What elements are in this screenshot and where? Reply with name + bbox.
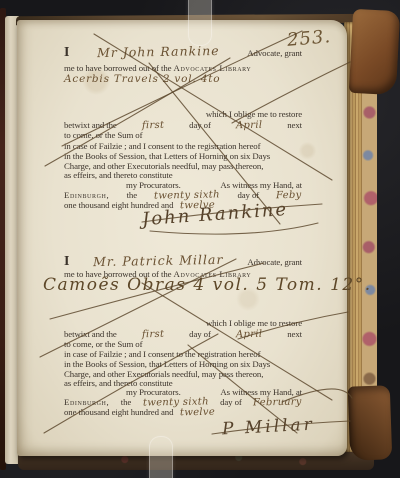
- acrylic-holder-strip-top: [188, 0, 212, 46]
- form1-next-text: next: [287, 120, 302, 130]
- form1-oblige-text: which I oblige me to restore: [206, 109, 302, 119]
- form1-witness-text: As witness my Hand, at: [220, 180, 302, 190]
- form2-book-title: Camoẽs Obras 4 vol. 5 Tom. 12°.: [43, 275, 372, 295]
- form2-thousand-text: one thousand eight hundred and: [64, 407, 173, 417]
- form1-oblige-line: which I oblige me to restore: [64, 109, 302, 119]
- form1-failzie-line: in case of Failzie ; and I consent to th…: [64, 141, 302, 151]
- form2-next-text: next: [287, 329, 302, 339]
- form2-oblige-text: which I oblige me to restore: [206, 318, 302, 328]
- form1-initial-i: I: [64, 48, 69, 58]
- form2-year-word: twelve: [180, 408, 215, 419]
- leather-corner-bottom-right: [348, 385, 393, 460]
- form1-dayof-text: day of: [189, 120, 211, 130]
- form2-book-entry: Camoẽs Obras 4 vol. 5 Tom. 12°.: [43, 280, 333, 292]
- leather-corner-top-right: [349, 9, 400, 95]
- form1-borrowed-text: me to have borrowed out of the: [64, 63, 171, 73]
- form1-effeirs-line: as effeirs, and thereto constitute: [64, 170, 302, 180]
- form2-borrower-name: Mr. Patrick Millar: [93, 255, 224, 267]
- form2-session-line: in the Books of Session, that Letters of…: [64, 359, 302, 369]
- form1-book-entry: Acerbis Travels 2 vol. 4to: [64, 74, 302, 84]
- form1-session-line: in the Books of Session, that Letters of…: [64, 151, 302, 161]
- form1-procurators-text: my Procurators.: [126, 180, 181, 190]
- acrylic-holder-strip-bottom: [149, 436, 173, 478]
- form2-failzie-line: in case of Failzie ; and I consent to th…: [64, 349, 302, 359]
- form2-initial-i: I: [64, 257, 69, 267]
- form1-tocome-line: to come, or the Sum of: [64, 130, 302, 140]
- form2-dayof-text: day of: [189, 329, 211, 339]
- form2-edinburgh-text: Edinburgh,: [64, 397, 109, 407]
- form2-tocome-line: to come, or the Sum of: [64, 339, 302, 349]
- form1-book-title: Acerbis Travels 2 vol. 4to: [64, 73, 220, 85]
- form1-grant-text: Advocate, grant: [247, 48, 302, 58]
- form2-date-dayof-text: day of: [220, 397, 242, 407]
- register-page: 253. I Mr John Rankine Advocate, grant m…: [17, 20, 347, 456]
- form1-edinburgh-text: Edinburgh,: [64, 190, 109, 200]
- form2-procurators-text: my Procurators.: [126, 387, 181, 397]
- form1-borrowed-line: me to have borrowed out of the Advocates…: [64, 63, 302, 73]
- form1-library-name: Advocates Library: [174, 63, 252, 73]
- marbled-board-edge: [362, 88, 377, 394]
- form2-witness-text: As witness my Hand, at: [220, 387, 302, 397]
- form1-borrower-name: Mr John Rankine: [97, 46, 220, 58]
- form1-procurators-line: my Procurators. As witness my Hand, at: [64, 180, 302, 190]
- form2-betwixt-text: betwixt and the: [64, 329, 117, 339]
- form2-grant-text: Advocate, grant: [247, 257, 302, 267]
- form2-procurators-line: my Procurators. As witness my Hand, at: [64, 387, 302, 397]
- form2-the-text: the: [121, 397, 131, 407]
- form1-betwixt-text: betwixt and the: [64, 120, 117, 130]
- form2-oblige-line: which I oblige me to restore: [64, 318, 302, 328]
- form1-the-text: the: [127, 190, 137, 200]
- photograph-background: 253. I Mr John Rankine Advocate, grant m…: [0, 0, 400, 478]
- form2-signature: P Millar: [222, 415, 316, 440]
- form1-date-dayof-text: day of: [237, 190, 259, 200]
- form2-opening-line: I Mr. Patrick Millar Advocate, grant: [64, 256, 302, 267]
- form1-opening-line: I Mr John Rankine Advocate, grant: [64, 47, 302, 58]
